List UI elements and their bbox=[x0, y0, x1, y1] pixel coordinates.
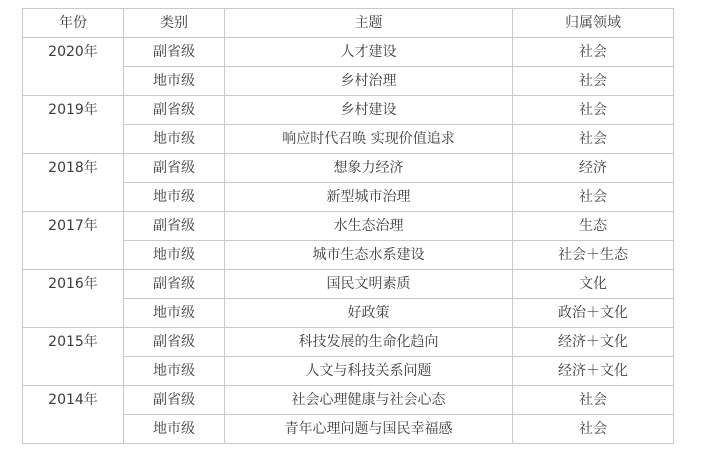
year-cell: 2020年 bbox=[23, 38, 124, 96]
category-cell: 副省级 bbox=[124, 270, 225, 299]
topic-cell: 想象力经济 bbox=[225, 154, 513, 183]
domain-cell: 生态 bbox=[513, 212, 674, 241]
topic-cell: 人文与科技关系问题 bbox=[225, 357, 513, 386]
exam-topics-table: 年份 类别 主题 归属领域 2020年 副省级 人才建设 社会 地市级 乡村治理… bbox=[22, 8, 674, 444]
table-row: 2015年 副省级 科技发展的生命化趋向 经济＋文化 bbox=[23, 328, 674, 357]
category-cell: 地市级 bbox=[124, 183, 225, 212]
domain-cell: 社会 bbox=[513, 96, 674, 125]
year-cell: 2019年 bbox=[23, 96, 124, 154]
category-cell: 副省级 bbox=[124, 212, 225, 241]
category-cell: 副省级 bbox=[124, 154, 225, 183]
domain-cell: 社会 bbox=[513, 67, 674, 96]
domain-cell: 社会 bbox=[513, 386, 674, 415]
year-cell: 2017年 bbox=[23, 212, 124, 270]
year-cell: 2015年 bbox=[23, 328, 124, 386]
table-row: 2017年 副省级 水生态治理 生态 bbox=[23, 212, 674, 241]
header-row: 年份 类别 主题 归属领域 bbox=[23, 9, 674, 38]
category-cell: 副省级 bbox=[124, 328, 225, 357]
domain-cell: 政治＋文化 bbox=[513, 299, 674, 328]
category-cell: 副省级 bbox=[124, 38, 225, 67]
exam-topics-table-container: 年份 类别 主题 归属领域 2020年 副省级 人才建设 社会 地市级 乡村治理… bbox=[22, 8, 674, 444]
domain-cell: 经济＋文化 bbox=[513, 357, 674, 386]
domain-cell: 社会 bbox=[513, 38, 674, 67]
year-cell: 2018年 bbox=[23, 154, 124, 212]
column-header-year: 年份 bbox=[23, 9, 124, 38]
column-header-domain: 归属领域 bbox=[513, 9, 674, 38]
topic-cell: 科技发展的生命化趋向 bbox=[225, 328, 513, 357]
category-cell: 副省级 bbox=[124, 386, 225, 415]
category-cell: 地市级 bbox=[124, 67, 225, 96]
topic-cell: 青年心理问题与国民幸福感 bbox=[225, 415, 513, 444]
topic-cell: 乡村建设 bbox=[225, 96, 513, 125]
domain-cell: 社会 bbox=[513, 125, 674, 154]
table-row: 2019年 副省级 乡村建设 社会 bbox=[23, 96, 674, 125]
topic-cell: 响应时代召唤 实现价值追求 bbox=[225, 125, 513, 154]
domain-cell: 社会＋生态 bbox=[513, 241, 674, 270]
year-cell: 2016年 bbox=[23, 270, 124, 328]
topic-cell: 水生态治理 bbox=[225, 212, 513, 241]
table-row: 2016年 副省级 国民文明素质 文化 bbox=[23, 270, 674, 299]
table-row: 2014年 副省级 社会心理健康与社会心态 社会 bbox=[23, 386, 674, 415]
category-cell: 副省级 bbox=[124, 96, 225, 125]
domain-cell: 社会 bbox=[513, 183, 674, 212]
topic-cell: 人才建设 bbox=[225, 38, 513, 67]
topic-cell: 社会心理健康与社会心态 bbox=[225, 386, 513, 415]
table-row: 2018年 副省级 想象力经济 经济 bbox=[23, 154, 674, 183]
table-row: 2020年 副省级 人才建设 社会 bbox=[23, 38, 674, 67]
category-cell: 地市级 bbox=[124, 299, 225, 328]
topic-cell: 乡村治理 bbox=[225, 67, 513, 96]
topic-cell: 城市生态水系建设 bbox=[225, 241, 513, 270]
column-header-topic: 主题 bbox=[225, 9, 513, 38]
category-cell: 地市级 bbox=[124, 125, 225, 154]
category-cell: 地市级 bbox=[124, 357, 225, 386]
column-header-category: 类别 bbox=[124, 9, 225, 38]
category-cell: 地市级 bbox=[124, 241, 225, 270]
topic-cell: 新型城市治理 bbox=[225, 183, 513, 212]
year-cell: 2014年 bbox=[23, 386, 124, 444]
topic-cell: 国民文明素质 bbox=[225, 270, 513, 299]
domain-cell: 社会 bbox=[513, 415, 674, 444]
domain-cell: 经济＋文化 bbox=[513, 328, 674, 357]
domain-cell: 经济 bbox=[513, 154, 674, 183]
category-cell: 地市级 bbox=[124, 415, 225, 444]
topic-cell: 好政策 bbox=[225, 299, 513, 328]
domain-cell: 文化 bbox=[513, 270, 674, 299]
